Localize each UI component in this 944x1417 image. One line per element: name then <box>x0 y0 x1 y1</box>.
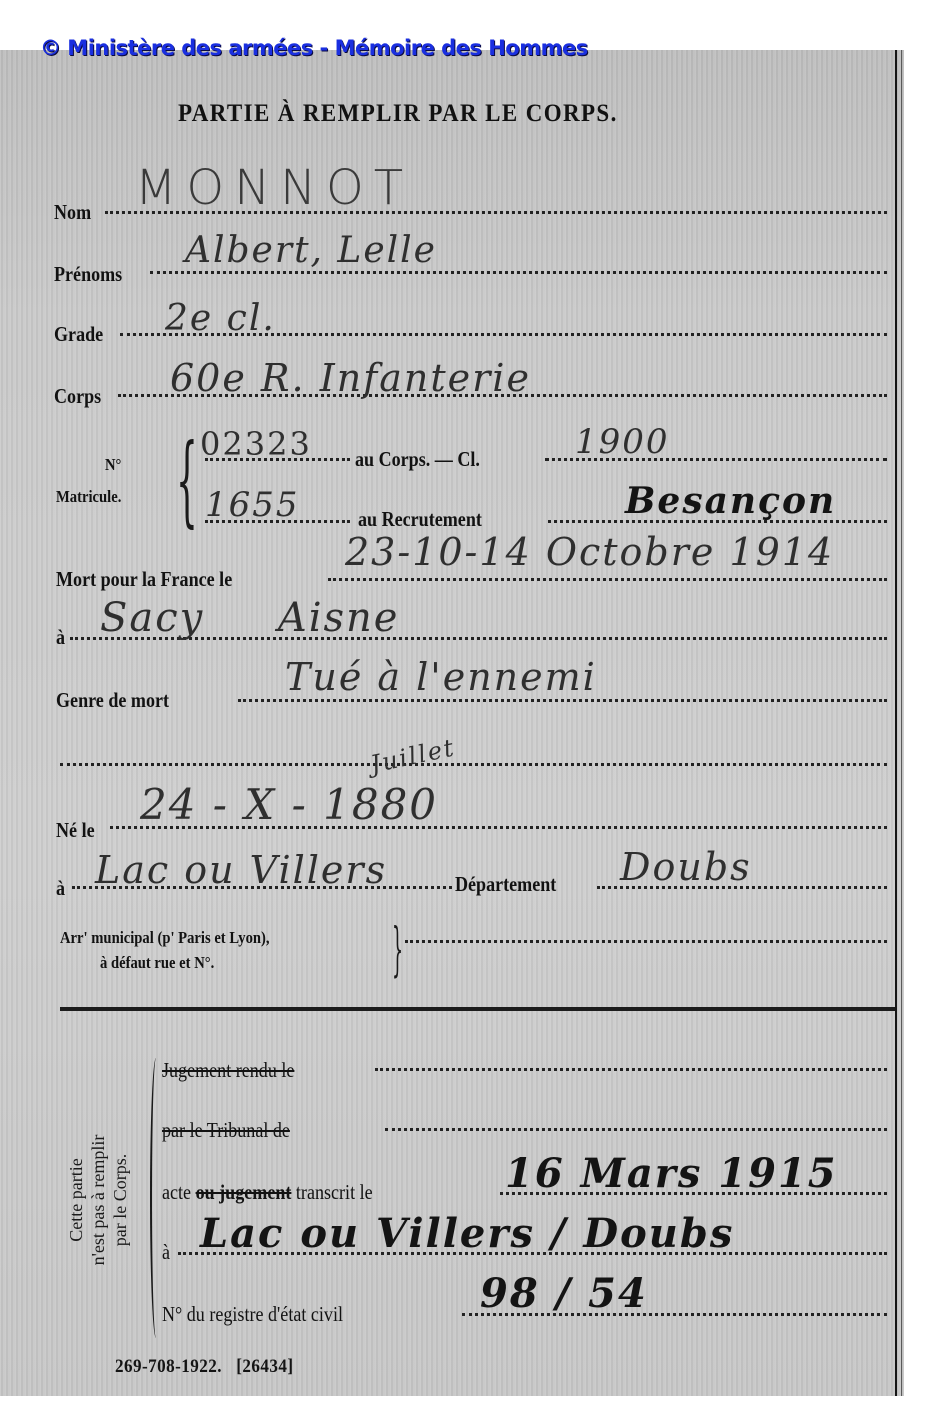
tribunal-label: par le Tribunal de <box>162 1118 290 1143</box>
transcrit-lieu-value: Lac ou Villers / Doubs <box>200 1210 734 1257</box>
classe-value: 1900 <box>575 422 670 462</box>
prenoms-value: Albert, Lelle <box>185 230 437 271</box>
nom-value: MONNOT <box>135 160 413 216</box>
transcrit-value: 16 Mars 1915 <box>505 1150 838 1197</box>
recrutement-number-value: 1655 <box>205 485 300 525</box>
nom-label: Nom <box>54 200 91 225</box>
copyright-watermark: © Ministère des armées - Mémoire des Hom… <box>40 36 588 60</box>
corps-label: Corps <box>54 384 101 409</box>
ne-date-value: 24 - X - 1880 <box>140 780 438 829</box>
side-note-line-1: Cette partie <box>65 1135 87 1266</box>
form-reference-code: 269-708-1922. [26434] <box>115 1356 293 1378</box>
prenoms-label: Prénoms <box>54 262 122 287</box>
genre-mort-value: Tué à l'ennemi <box>285 655 597 699</box>
corps-number-label: au Corps. — Cl. <box>355 447 480 472</box>
departement-value: Doubs <box>620 845 752 889</box>
ne-lieu-label: à <box>56 876 65 901</box>
matricule-label-no: N° <box>105 455 121 475</box>
page-border <box>895 50 897 1396</box>
genre-mort-line <box>238 699 887 702</box>
tribunal-line <box>385 1128 887 1131</box>
mort-lieu-value: Sacy Aisne <box>100 595 399 641</box>
arrondissement-brace: } <box>392 920 403 978</box>
jugement-label: Jugement rendu le <box>162 1058 294 1083</box>
grade-label: Grade <box>54 322 103 347</box>
ne-lieu-value: Lac ou Villers <box>95 848 387 892</box>
mort-date-value: 23-10-14 Octobre 1914 <box>345 530 834 574</box>
ne-date-label: Né le <box>56 818 95 843</box>
mort-lieu-label: à <box>56 625 65 650</box>
blank-line <box>60 763 887 766</box>
transcrit-label-b: ou jugement <box>196 1180 292 1204</box>
registre-label: N° du registre d'état civil <box>162 1302 343 1327</box>
departement-label: Département <box>455 872 556 897</box>
registre-value: 98 / 54 <box>480 1270 648 1317</box>
corps-number-value: 02323 <box>200 425 312 463</box>
page-border-inner <box>901 50 902 1396</box>
mort-date-label: Mort pour la France le <box>56 567 232 592</box>
arrondissement-label: Arr' municipal (p' Paris et Lyon), <box>60 928 270 948</box>
matricule-label: Matricule. <box>56 487 121 507</box>
transcrit-label-c: transcrit le <box>291 1180 372 1204</box>
form-title: PARTIE À REMPLIR PAR LE CORPS. <box>178 100 618 128</box>
side-note-line-2: n'est pas à remplir <box>87 1135 109 1266</box>
recrutement-value: Besançon <box>625 480 836 522</box>
mort-date-line <box>328 578 887 581</box>
side-note-line-3: par le Corps. <box>109 1135 131 1266</box>
transcrit-label: acte ou jugement transcrit le <box>162 1180 373 1205</box>
transcrit-lieu-label: à <box>162 1240 170 1265</box>
prenoms-line <box>150 271 887 274</box>
arrondissement-line <box>405 940 887 943</box>
genre-mort-label: Genre de mort <box>56 688 169 713</box>
grade-value: 2e cl. <box>165 298 276 339</box>
lower-section-brace <box>150 1058 160 1338</box>
arrondissement-label-2: à défaut rue et N°. <box>100 953 214 973</box>
matricule-brace: { <box>176 432 198 530</box>
side-note: Cette partie n'est pas à remplir par le … <box>48 1085 148 1315</box>
section-divider <box>60 1007 895 1011</box>
corps-value: 60e R. Infanterie <box>170 356 531 400</box>
transcrit-label-a: acte <box>162 1180 196 1204</box>
recrutement-label: au Recrutement <box>358 507 482 532</box>
jugement-line <box>375 1068 887 1071</box>
